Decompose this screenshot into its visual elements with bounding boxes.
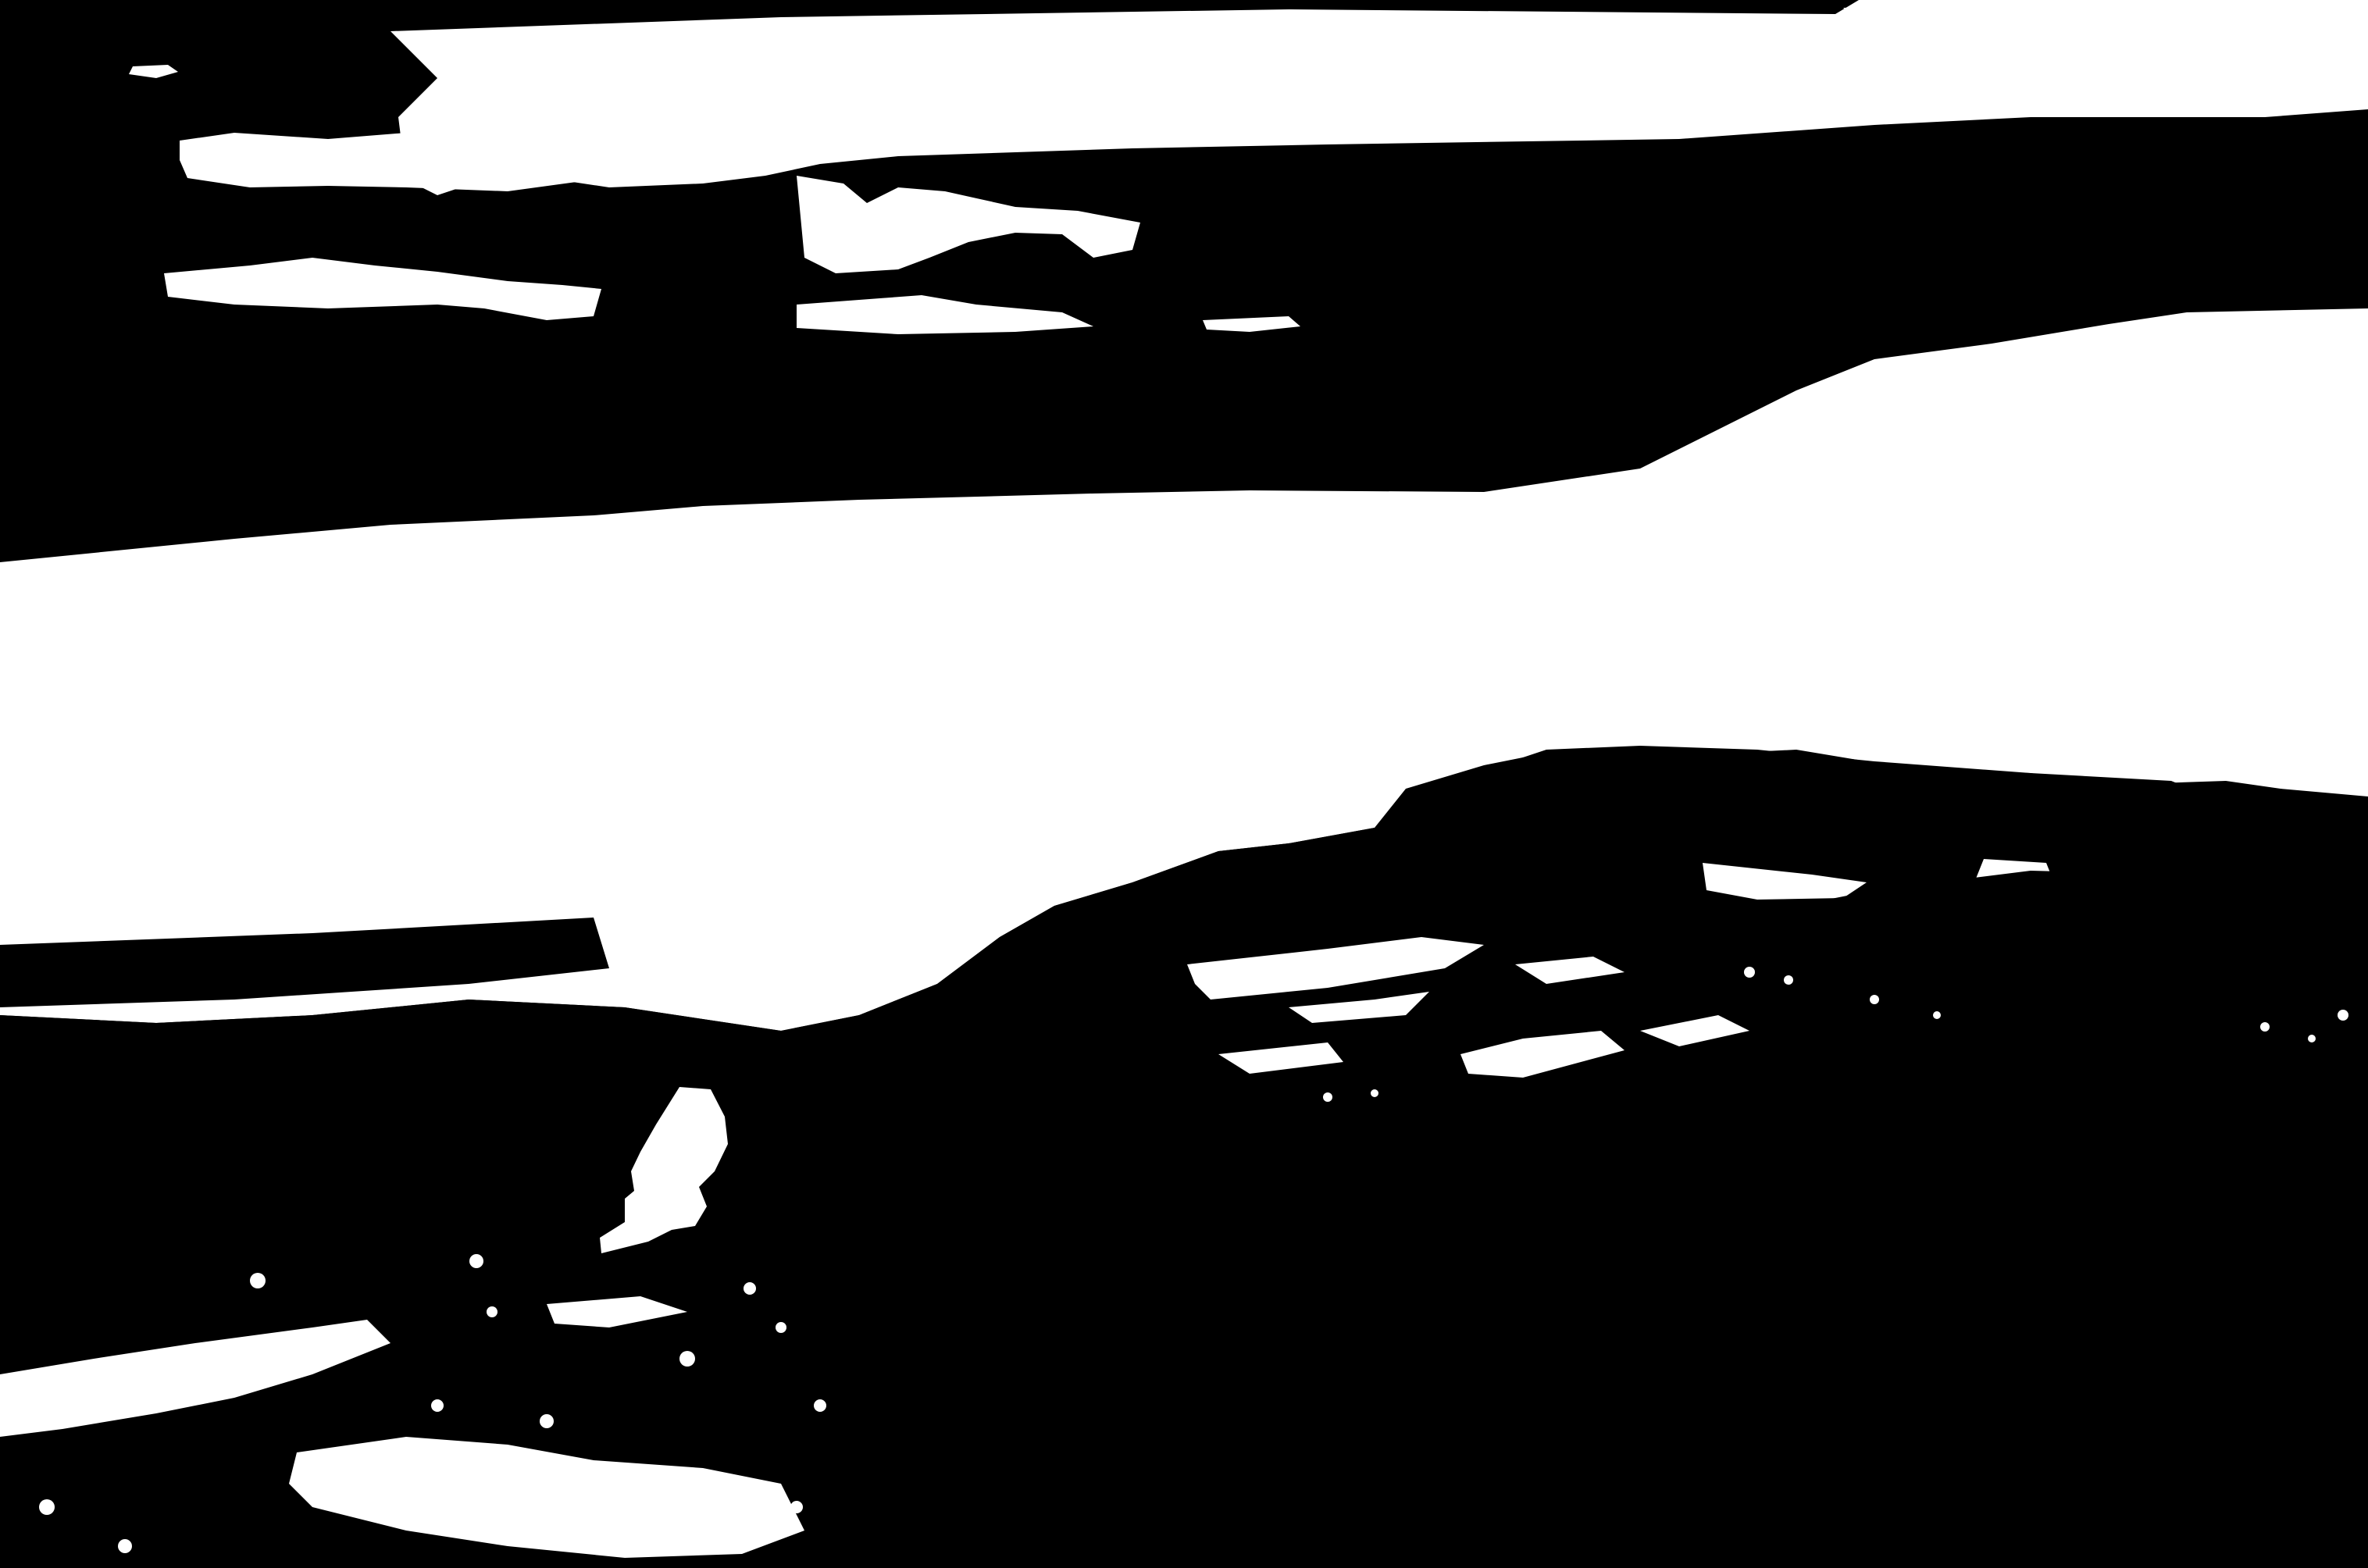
binarized-landscape-image (0, 0, 2368, 1568)
